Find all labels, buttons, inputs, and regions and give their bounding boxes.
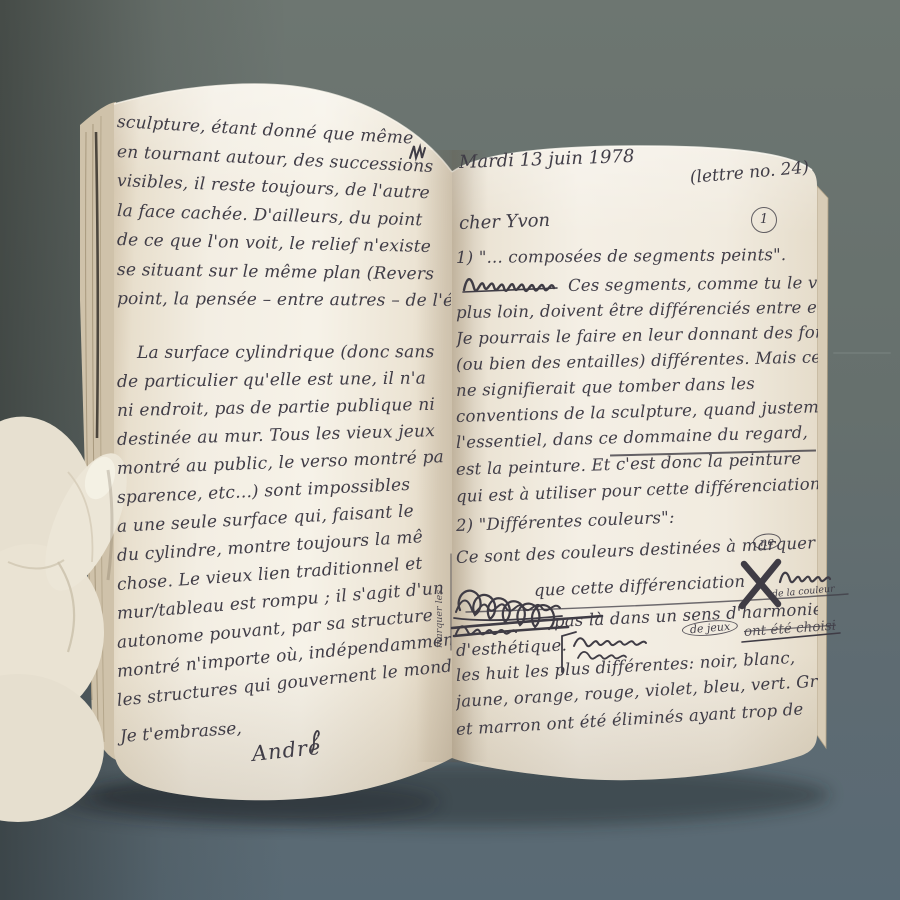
handwritten-line: 2) "Différentes couleurs": xyxy=(456,508,675,535)
margin-note-vertical: marquer les xyxy=(434,552,445,648)
handwritten-line: que cette différenciation xyxy=(534,572,746,600)
handwritten-line: destinée au mur. Tous les vieux jeux xyxy=(117,421,435,450)
handwritten-line: plus loin, doivent être différenciés ent… xyxy=(456,297,818,322)
handwritten-line: La surface cylindrique (donc sans xyxy=(137,342,435,363)
under-pages-right-edge xyxy=(817,186,828,748)
handwritten-line: de ce que l'on voit, le relief n'existe xyxy=(117,230,431,257)
handwritten-line: d'esthétique. xyxy=(456,635,567,660)
handwritten-line: Je pourrais le faire en leur donnant des… xyxy=(456,322,818,348)
handwritten-line: point, la pensée – entre autres – de l'é… xyxy=(117,289,451,311)
handwritten-line: conventions de la sculpture, quand juste… xyxy=(456,397,818,426)
handwritten-line: ne signifierait que tomber dans les xyxy=(456,374,755,400)
left-page-text: sculpture, étant donné que mêmeen tourna… xyxy=(117,0,451,900)
book-photo: Mardi 13 juin 1978 (lettre no. 24) 1 che… xyxy=(0,0,900,900)
handwritten-line: Ces segments, comme tu le verras xyxy=(568,273,818,295)
handwritten-line: (ou bien des entailles) différentes. Mai… xyxy=(456,347,818,374)
handwritten-line: visibles, il reste toujours, de l'autre xyxy=(117,171,430,203)
handwritten-line: l'essentiel, dans ce dommaine du regard, xyxy=(456,423,808,452)
handwritten-line: 1) "... composées de segments peints". xyxy=(456,245,786,267)
handwritten-line: la face cachée. D'ailleurs, du point xyxy=(117,201,423,230)
handwritten-line: montré au public, le verso montré pa xyxy=(117,447,444,479)
handwritten-line: qui est à utiliser pour cette différenci… xyxy=(456,474,818,506)
handwritten-line: se situant sur le même plan (Revers xyxy=(117,260,434,284)
handwritten-line: ni endroit, pas de partie publique ni xyxy=(117,395,435,421)
handwritten-line: sculpture, étant donné que même xyxy=(117,112,414,149)
handwritten-line: de particulier qu'elle est une, il n'a xyxy=(117,369,426,392)
wall-mark xyxy=(833,352,891,354)
